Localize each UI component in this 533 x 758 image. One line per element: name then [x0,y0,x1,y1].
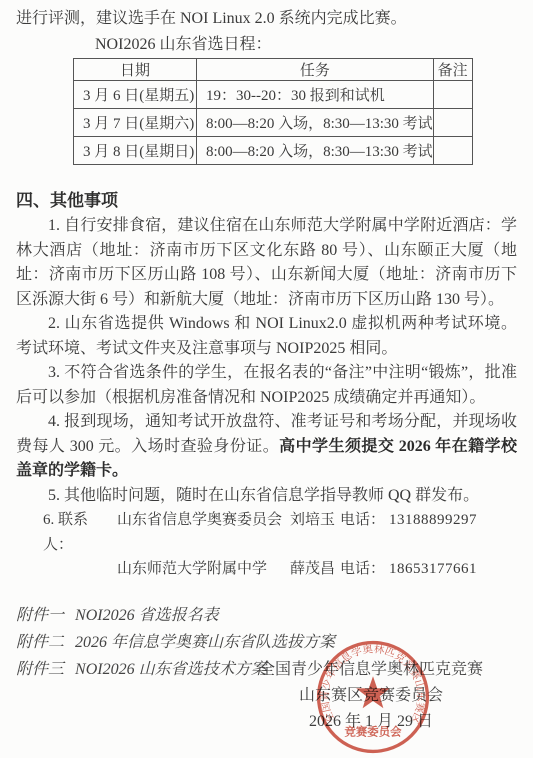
list-item: 5. 其他临时问题，随时在山东省信息学指导教师 QQ 群发布。 [16,484,517,509]
contact-org: 山东师范大学附属中学 [117,557,290,582]
contacts-block: 6. 联系人： 山东省信息学奥赛委员会 刘培玉 电话： 13188899297 … [16,508,517,582]
cell-task: 19：30--20：30 报到和试机 [197,81,434,109]
contact-phone: 13188899297 [385,508,477,557]
attachment-title: 2026 年信息学奥赛山东省队选拔方案 [75,634,335,651]
cell-date: 3 月 8 日(星期日) [74,137,197,165]
table-row: 3 月 8 日(星期日) 8:00—8:20 入场，8:30—13:30 考试 [74,137,473,165]
cell-note [433,109,472,137]
seal-bottom-text: 竞赛委员会 [345,724,403,738]
contact-person: 薛茂昌 [290,557,340,582]
contact-org: 山东省信息学奥赛委员会 [117,508,290,557]
contact-line: 6. 联系人： 山东省信息学奥赛委员会 刘培玉 电话： 13188899297 [16,508,517,557]
header-note: 备注 [433,59,472,81]
intro-line: 进行评测，建议选手在 NOI Linux 2.0 系统内完成比赛。 [16,6,517,32]
schedule-caption: NOI2026 山东省选日程： [95,32,517,58]
list-item: 4. 报到现场，通知考试开放盘符、准考证号和考场分配，并现场收费每人 300 元… [16,410,517,484]
document-page: 进行评测，建议选手在 NOI Linux 2.0 系统内完成比赛。 NOI202… [0,0,533,758]
header-task: 任务 [197,59,434,81]
cell-date: 3 月 7 日(星期六) [74,109,197,137]
table-row: 3 月 7 日(星期六) 8:00—8:20 入场，8:30—13:30 考试 [74,109,473,137]
contact-line: 山东师范大学附属中学 薛茂昌 电话： 18653177661 [16,557,517,582]
contact-phone-label: 电话： [340,508,385,557]
attachment-label: 附件三 [16,661,64,678]
attachment-item: 附件一NOI2026 省选报名表 [16,602,517,629]
cell-task: 8:00—8:20 入场，8:30—13:30 考试 [197,109,434,137]
list-item: 3. 不符合省选条件的学生，在报名表的“备注”中注明“锻炼”，批准后可以参加（根… [16,361,517,410]
contact-prefix: 6. 联系人： [43,508,117,557]
document-content: 进行评测，建议选手在 NOI Linux 2.0 系统内完成比赛。 NOI202… [0,0,533,683]
table-row: 3 月 6 日(星期五) 19：30--20：30 报到和试机 [74,81,473,109]
item-text: 3. 不符合省选条件的学生，在报名表的“备注”中注明“锻炼”，批准后可以参加（根… [16,364,517,406]
contact-phone-label: 电话： [340,557,385,582]
section-items: 1. 自行安排食宿，建议住宿在山东师范大学附属中学附近酒店：学林大酒店（地址：济… [16,214,517,508]
item-text: 1. 自行安排食宿，建议住宿在山东师范大学附属中学附近酒店：学林大酒店（地址：济… [16,217,517,308]
cell-note [433,81,472,109]
contact-phone: 18653177661 [385,557,477,582]
official-seal: 全国青少年信息学奥林匹克竞赛山东赛区 竞赛委员会 [316,640,430,754]
section-heading: 四、其他事项 [16,188,517,214]
star-icon [356,676,390,708]
list-item: 2. 山东省选提供 Windows 和 NOI Linux2.0 虚拟机两种考试… [16,312,517,361]
cell-task: 8:00—8:20 入场，8:30—13:30 考试 [197,137,434,165]
attachment-title: NOI2026 省选报名表 [75,607,219,624]
contact-person: 刘培玉 [290,508,340,557]
list-item: 1. 自行安排食宿，建议住宿在山东师范大学附属中学附近酒店：学林大酒店（地址：济… [16,214,517,312]
item-text: 5. 其他临时问题，随时在山东省信息学指导教师 QQ 群发布。 [48,487,479,504]
seal-graphic: 全国青少年信息学奥林匹克竞赛山东赛区 竞赛委员会 [316,640,430,754]
table-header-row: 日期 任务 备注 [74,59,473,81]
header-date: 日期 [74,59,197,81]
schedule-table: 日期 任务 备注 3 月 6 日(星期五) 19：30--20：30 报到和试机… [73,58,473,165]
cell-date: 3 月 6 日(星期五) [74,81,197,109]
contact-prefix [43,557,117,582]
cell-note [433,137,472,165]
attachment-label: 附件二 [16,634,64,651]
attachment-item: 附件二2026 年信息学奥赛山东省队选拔方案 [16,629,517,656]
attachment-label: 附件一 [16,607,64,624]
item-text: 2. 山东省选提供 Windows 和 NOI Linux2.0 虚拟机两种考试… [16,315,517,357]
